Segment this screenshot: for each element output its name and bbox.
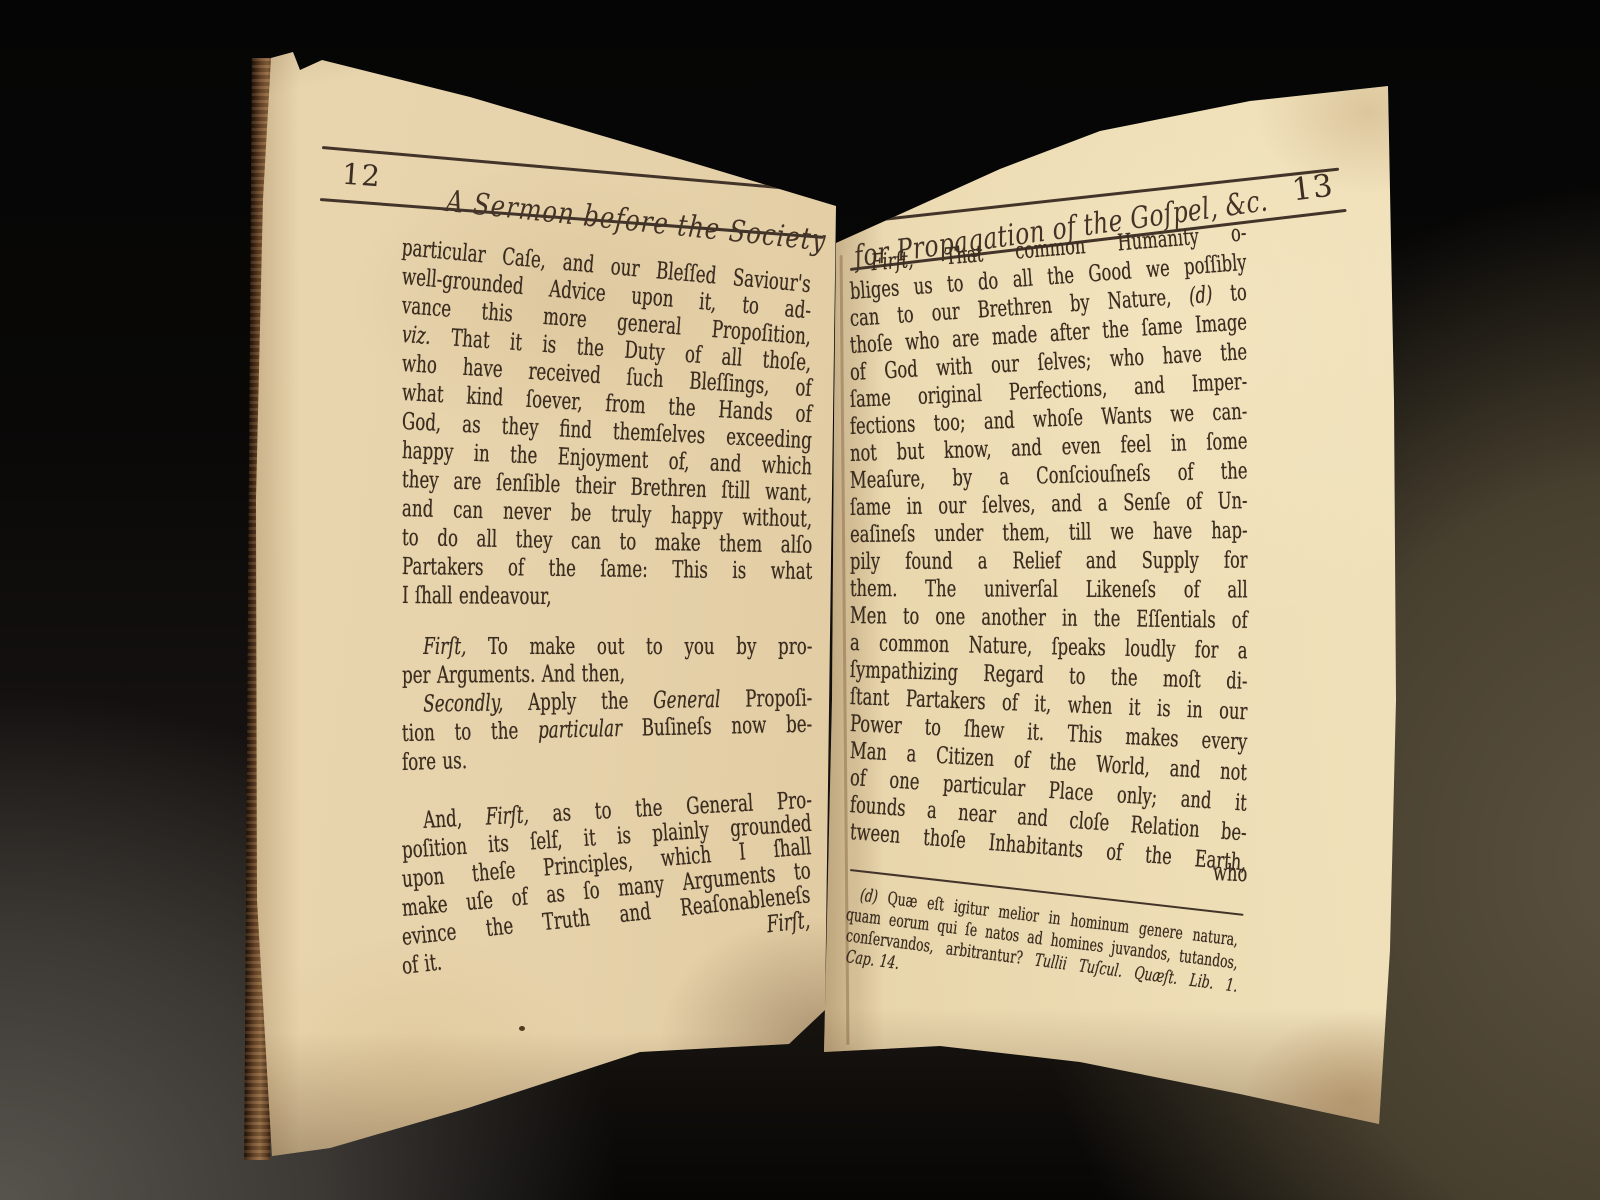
page-number-left: 12	[341, 157, 382, 194]
footnote-block: (d) Quæ eſt igitur melior in hominum gen…	[846, 884, 1246, 968]
text-line: ſame in our ſelves, and a Senſe of Un-	[850, 488, 1248, 522]
text-line: them. The univerſal Likeneſs of all	[850, 576, 1248, 604]
text-line: eaſineſs under them, till we have hap-	[850, 518, 1248, 549]
page-number-right: 13	[1290, 168, 1336, 209]
text-line: pily found a Relief and Supply for	[850, 548, 1248, 576]
catchword: Firſt,	[765, 906, 811, 940]
open-book-photo: 12 A Sermon before the Society particula…	[0, 0, 1600, 1200]
text-line: Men to one another in the Eſſentials of	[850, 603, 1248, 635]
right-page-text-column: Firſt, That common Humanity o- bliges us…	[850, 252, 1260, 873]
text-line: Firſt, To make out to you by pro-	[402, 632, 812, 661]
text-line: I ſhall endeavour,	[402, 581, 813, 613]
left-page-text-column: particular Caſe, and our Bleſſed Saviour…	[402, 233, 822, 981]
paper-speck	[519, 1026, 525, 1031]
